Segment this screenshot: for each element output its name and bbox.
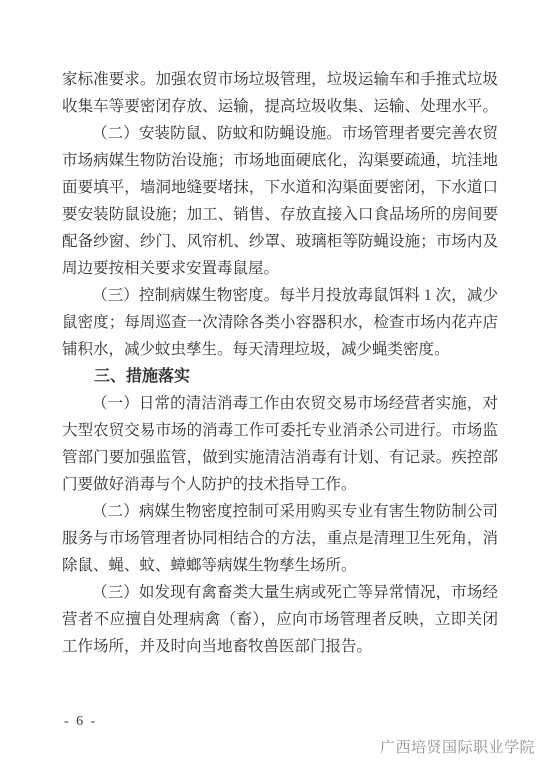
- text-line: 鼠密度；每周巡查一次清除各类小容器积水，检查市场内花卉店: [62, 309, 498, 336]
- text-line: 营者不应擅自处理病禽（畜），应向市场管理者反映，立即关闭: [62, 606, 498, 633]
- text-line: 铺积水，减少蚊虫孳生。每天清理垃圾，减少蝇类密度。: [62, 336, 498, 363]
- text-line: 门要做好消毒与个人防护的技术指导工作。: [62, 471, 498, 498]
- text-line: 市场病媒生物防治设施；市场地面硬底化，沟渠要疏通，坑洼地: [62, 147, 498, 174]
- text-line: 管部门要加强监管，做到实施清洁消毒有计划、有记录。疾控部: [62, 444, 498, 471]
- text-line: （二）安装防鼠、防蚊和防蝇设施。市场管理者要完善农贸: [62, 120, 498, 147]
- text-line: 要安装防鼠设施；加工、销售、存放直接入口食品场所的房间要: [62, 201, 498, 228]
- section-heading: 三、措施落实: [62, 363, 498, 390]
- text-line: （三）控制病媒生物密度。每半月投放毒鼠饵料 1 次，减少: [62, 282, 498, 309]
- school-watermark: 广西培贤国际职业学院: [380, 736, 535, 757]
- text-line: （二）病媒生物密度控制可采用购买专业有害生物防制公司: [62, 498, 498, 525]
- text-line: （一）日常的清洁消毒工作由农贸交易市场经营者实施，对: [62, 390, 498, 417]
- text-line: 收集车等要密闭存放、运输，提高垃圾收集、运输、处理水平。: [62, 93, 498, 120]
- text-line: 大型农贸交易市场的消毒工作可委托专业消杀公司进行。市场监: [62, 417, 498, 444]
- text-line: 配备纱窗、纱门、风帘机、纱罩、玻璃柜等防蝇设施；市场内及: [62, 228, 498, 255]
- text-line: 服务与市场管理者协同相结合的方法，重点是清理卫生死角，消: [62, 525, 498, 552]
- text-line: 工作场所，并及时向当地畜牧兽医部门报告。: [62, 633, 498, 660]
- page-number: - 6 -: [64, 714, 97, 730]
- text-line: 除鼠、蝇、蚊、蟑螂等病媒生物孳生场所。: [62, 552, 498, 579]
- text-line: （三）如发现有禽畜类大量生病或死亡等异常情况，市场经: [62, 579, 498, 606]
- document-body: 家标准要求。加强农贸市场垃圾管理，垃圾运输车和手推式垃圾 收集车等要密闭存放、运…: [62, 66, 498, 660]
- text-line: 周边要按相关要求安置毒鼠屋。: [62, 255, 498, 282]
- text-line: 家标准要求。加强农贸市场垃圾管理，垃圾运输车和手推式垃圾: [62, 66, 498, 93]
- document-page: 家标准要求。加强农贸市场垃圾管理，垃圾运输车和手推式垃圾 收集车等要密闭存放、运…: [0, 0, 542, 764]
- text-line: 面要填平，墙洞地缝要堵抹，下水道和沟渠面要密闭，下水道口: [62, 174, 498, 201]
